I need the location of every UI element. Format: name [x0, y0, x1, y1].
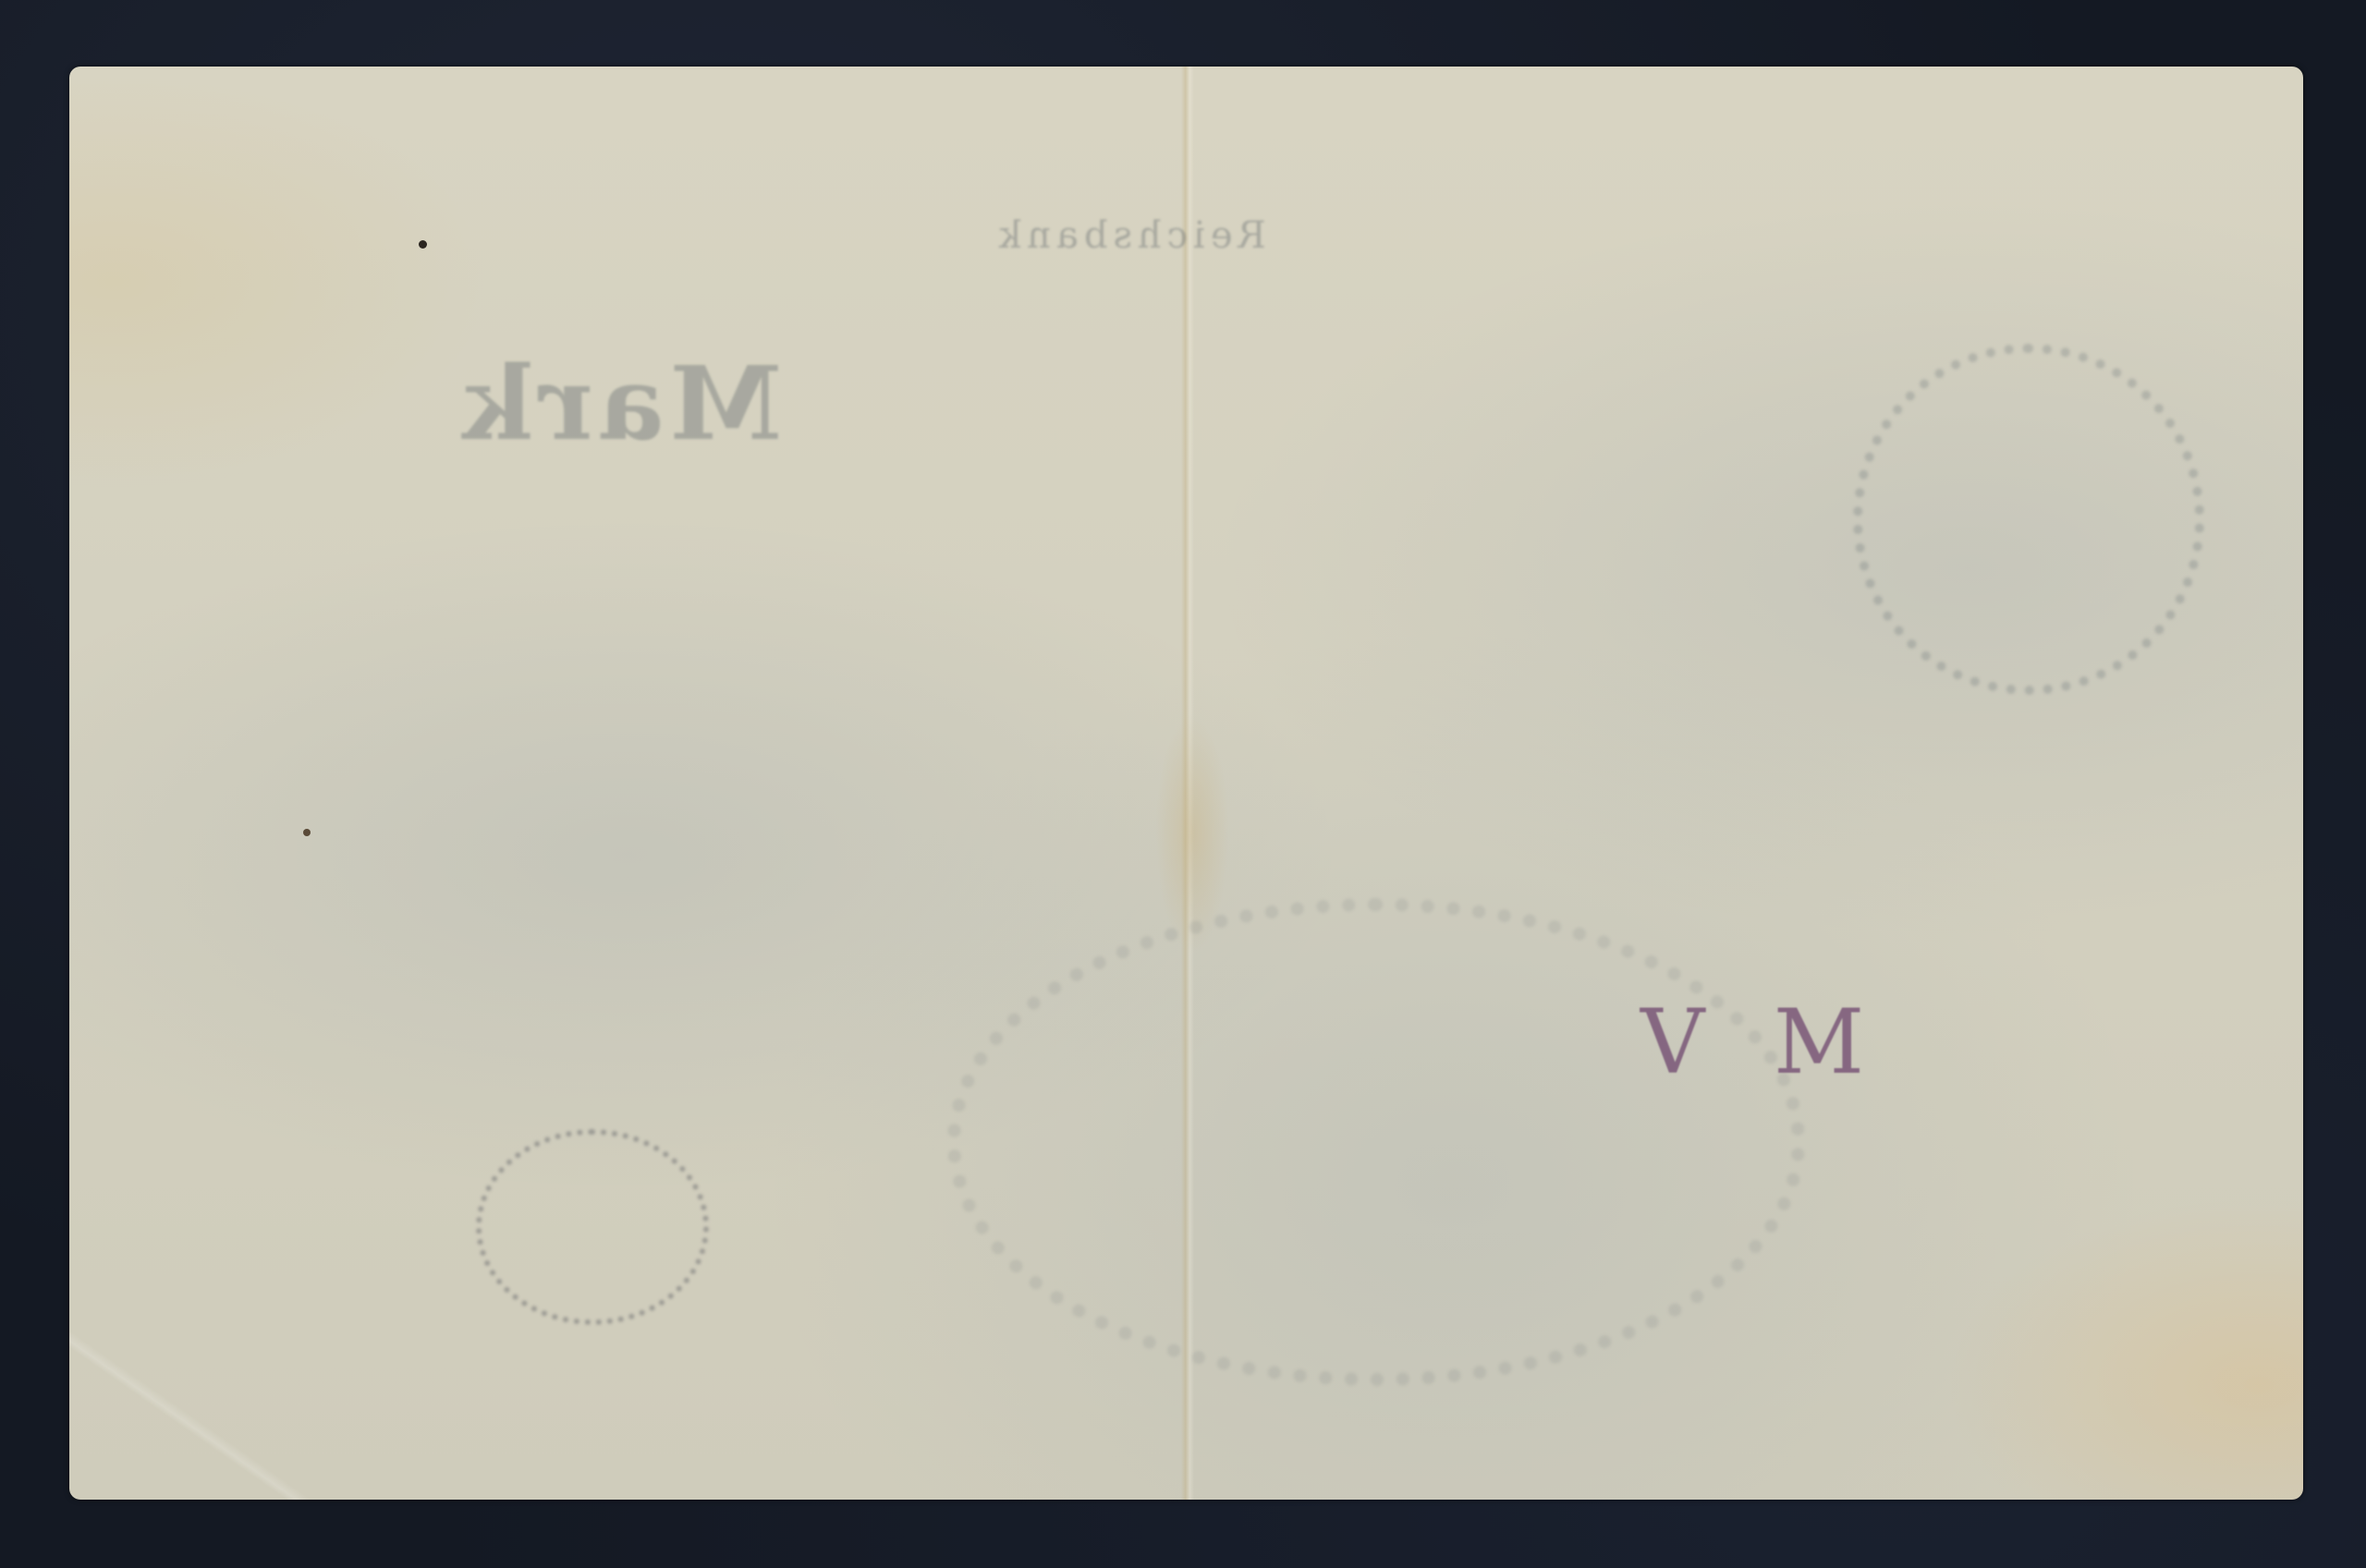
corner-crease	[69, 1332, 310, 1500]
banknote-reverse: Mark Reichsbank V M	[69, 67, 2303, 1500]
showthrough-denomination-text: Mark	[457, 344, 782, 463]
ink-stamp-initials: V M	[1640, 991, 1884, 1094]
showthrough-ornament-right	[1853, 344, 2204, 695]
showthrough-seal-stamp	[476, 1129, 709, 1325]
ink-spot	[303, 829, 311, 836]
showthrough-ornament-center	[947, 898, 1805, 1386]
ink-spot	[419, 240, 427, 249]
showthrough-header-text: Reichsbank	[994, 214, 1266, 257]
